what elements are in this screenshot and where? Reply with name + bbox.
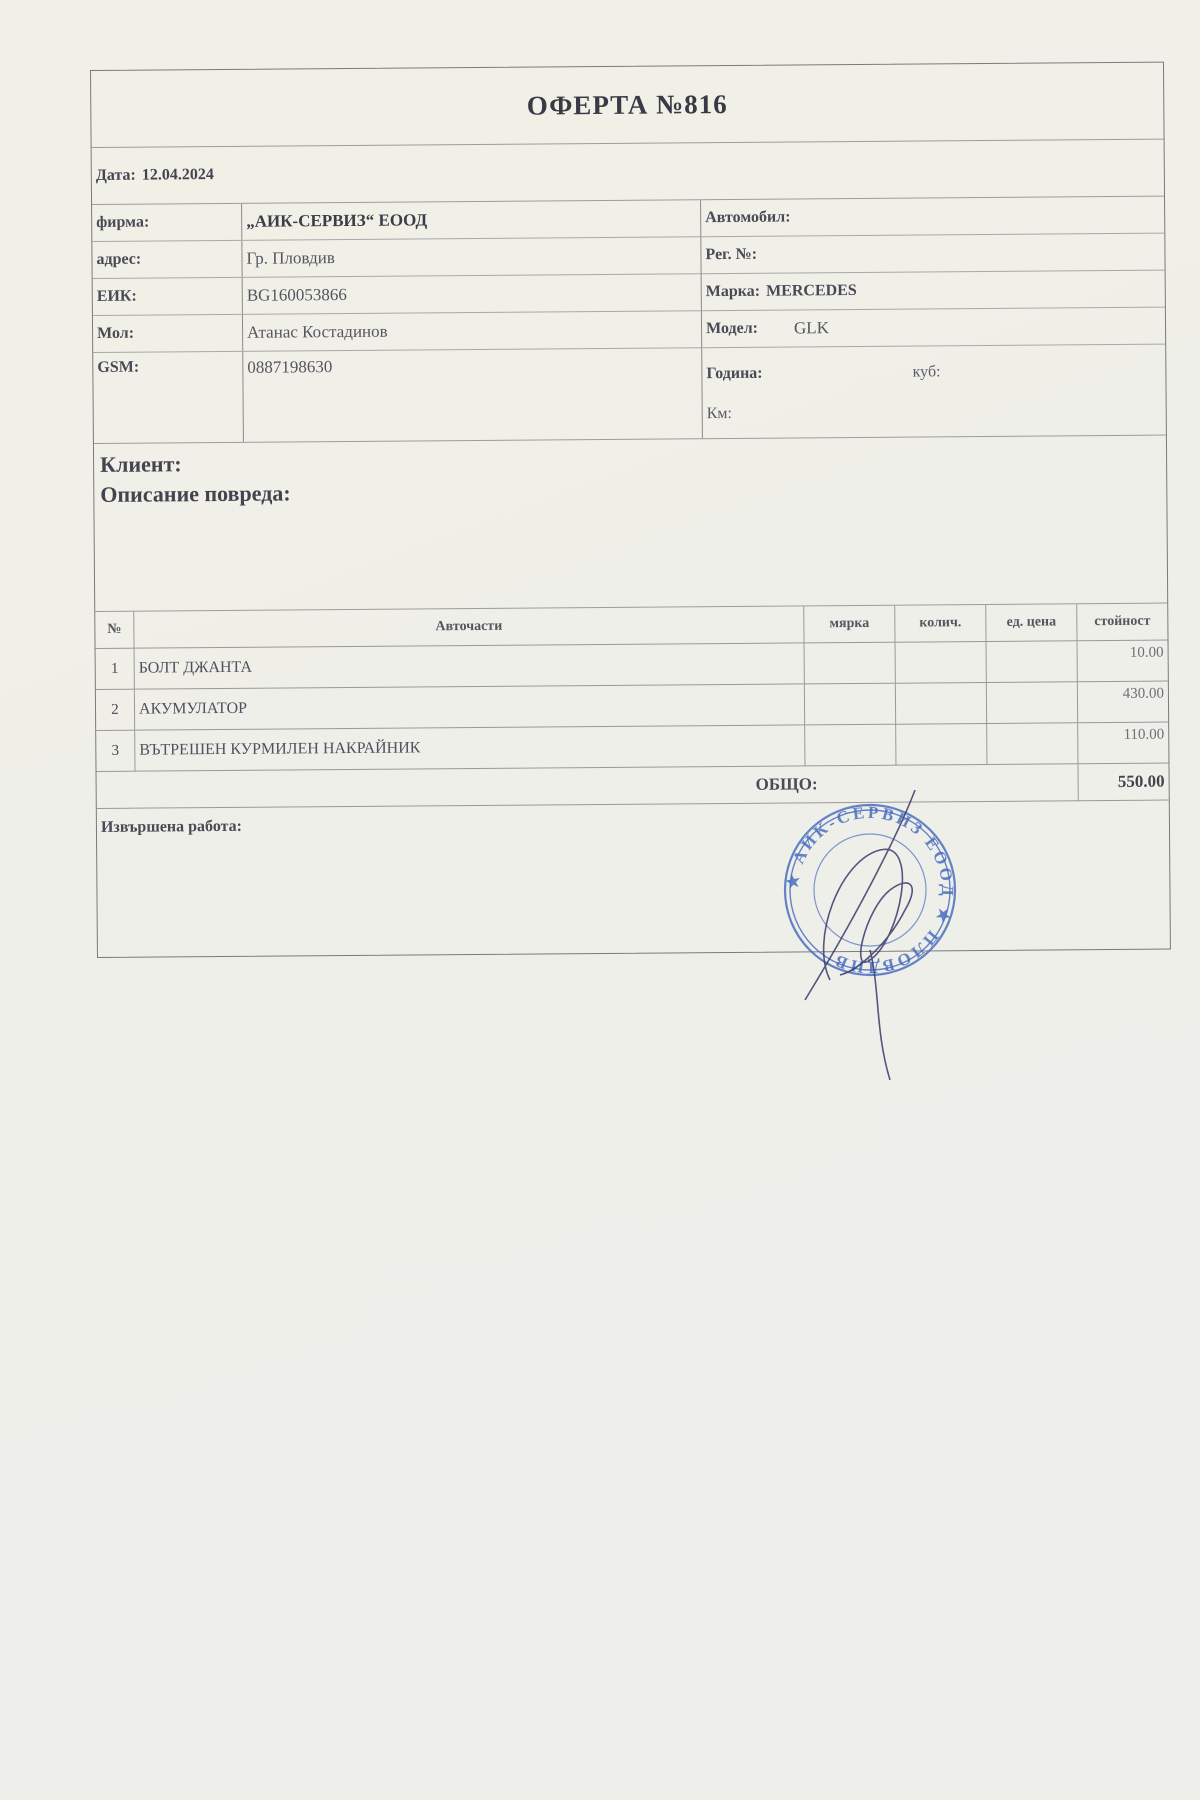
row-num: 2 [96, 689, 135, 730]
company-stamp-icon: ★ АИК-СЕРВИЗ ЕООД ★ ПЛОВДИВ [770, 790, 970, 1090]
col-header-num: № [95, 612, 134, 649]
date-value: 12.04.2024 [142, 166, 214, 185]
row-part: БОЛТ ДЖАНТА [134, 643, 804, 689]
col-header-brand: мярка [804, 606, 895, 643]
mol-value: Атанас Костадинов [243, 322, 388, 343]
vehicle-heading: Автомобил: [701, 197, 1164, 238]
vehicle-heading-label: Автомобил: [705, 209, 790, 228]
row-qty [896, 723, 987, 765]
row-cost: 110.00 [1078, 722, 1169, 764]
year-line: Година: куб: [706, 351, 1165, 395]
row-qty [895, 641, 986, 683]
company-row-eik: ЕИК: BG160053866 [93, 274, 701, 316]
client-section: Клиент: Описание повреда: [94, 436, 1167, 612]
year-label: Година: [706, 365, 762, 383]
work-done-section: Извършена работа: [97, 801, 1170, 957]
model-label: Модел: [706, 320, 758, 338]
vehicle-reg-row: Рег. №: [701, 234, 1164, 275]
vehicle-make-row: Марка: MERCEDES [702, 271, 1165, 312]
offer-form: ОФЕРТА №816 Дата: 12.04.2024 фирма: „АИК… [90, 62, 1171, 958]
col-header-unit-price: ед. цена [986, 604, 1077, 641]
date-label: Дата: [96, 167, 136, 185]
row-cost: 430.00 [1077, 681, 1168, 723]
col-header-qty: колич. [895, 605, 986, 642]
km-label: Км: [707, 405, 732, 423]
gsm-value: 0887198630 [243, 351, 332, 378]
eik-label: ЕИК: [93, 278, 243, 315]
company-row-mol: Мол: Атанас Костадинов [93, 311, 701, 353]
parts-table: № Авточасти мярка колич. ед. цена стойно… [95, 604, 1169, 809]
work-done-label: Извършена работа: [101, 818, 242, 836]
company-row-address: адрес: Гр. Пловдив [92, 237, 700, 279]
row-num: 1 [96, 648, 135, 689]
col-header-cost: стойност [1077, 604, 1168, 641]
row-cost: 10.00 [1077, 640, 1168, 682]
row-part: АКУМУЛАТОР [134, 684, 804, 730]
row-qty [895, 682, 986, 724]
reg-label: Рег. №: [705, 246, 757, 264]
info-section: фирма: „АИК-СЕРВИЗ“ ЕООД адрес: Гр. Плов… [92, 197, 1166, 444]
vehicle-details: Автомобил: Рег. №: Марка: MERCEDES Модел… [701, 197, 1166, 439]
row-unit-price [987, 723, 1078, 765]
firm-label: фирма: [92, 204, 242, 241]
gsm-label: GSM: [93, 352, 244, 443]
make-label: Марка: [706, 283, 760, 301]
eik-value: BG160053866 [243, 285, 347, 306]
mol-label: Мол: [93, 315, 243, 352]
row-unit-price [986, 682, 1077, 724]
firm-value: „АИК-СЕРВИЗ“ ЕООД [242, 210, 427, 231]
address-value: Гр. Пловдив [242, 248, 335, 269]
row-brand [805, 724, 896, 766]
row-num: 3 [96, 730, 135, 771]
row-brand [804, 642, 895, 684]
model-value: GLK [794, 318, 829, 338]
address-label: адрес: [92, 241, 242, 278]
page-title: ОФЕРТА №816 [527, 88, 728, 121]
company-row-gsm: GSM: 0887198630 [93, 348, 702, 443]
km-line: Км: [707, 391, 1166, 435]
vehicle-year-km-row: Година: куб: Км: [702, 345, 1166, 439]
company-row-firm: фирма: „АИК-СЕРВИЗ“ ЕООД [92, 200, 700, 242]
date-row: Дата: 12.04.2024 [92, 140, 1164, 205]
col-header-part: Авточасти [134, 606, 804, 648]
row-part: ВЪТРЕШЕН КУРМИЛЕН НАКРАЙНИК [135, 725, 805, 771]
cc-label: куб: [913, 363, 941, 381]
row-unit-price [986, 641, 1077, 683]
title-row: ОФЕРТА №816 [91, 63, 1164, 148]
make-value: MERCEDES [766, 282, 857, 301]
total-value: 550.00 [1078, 763, 1169, 801]
vehicle-model-row: Модел: GLK [702, 308, 1165, 349]
company-details: фирма: „АИК-СЕРВИЗ“ ЕООД адрес: Гр. Плов… [92, 200, 703, 443]
row-brand [804, 683, 895, 725]
